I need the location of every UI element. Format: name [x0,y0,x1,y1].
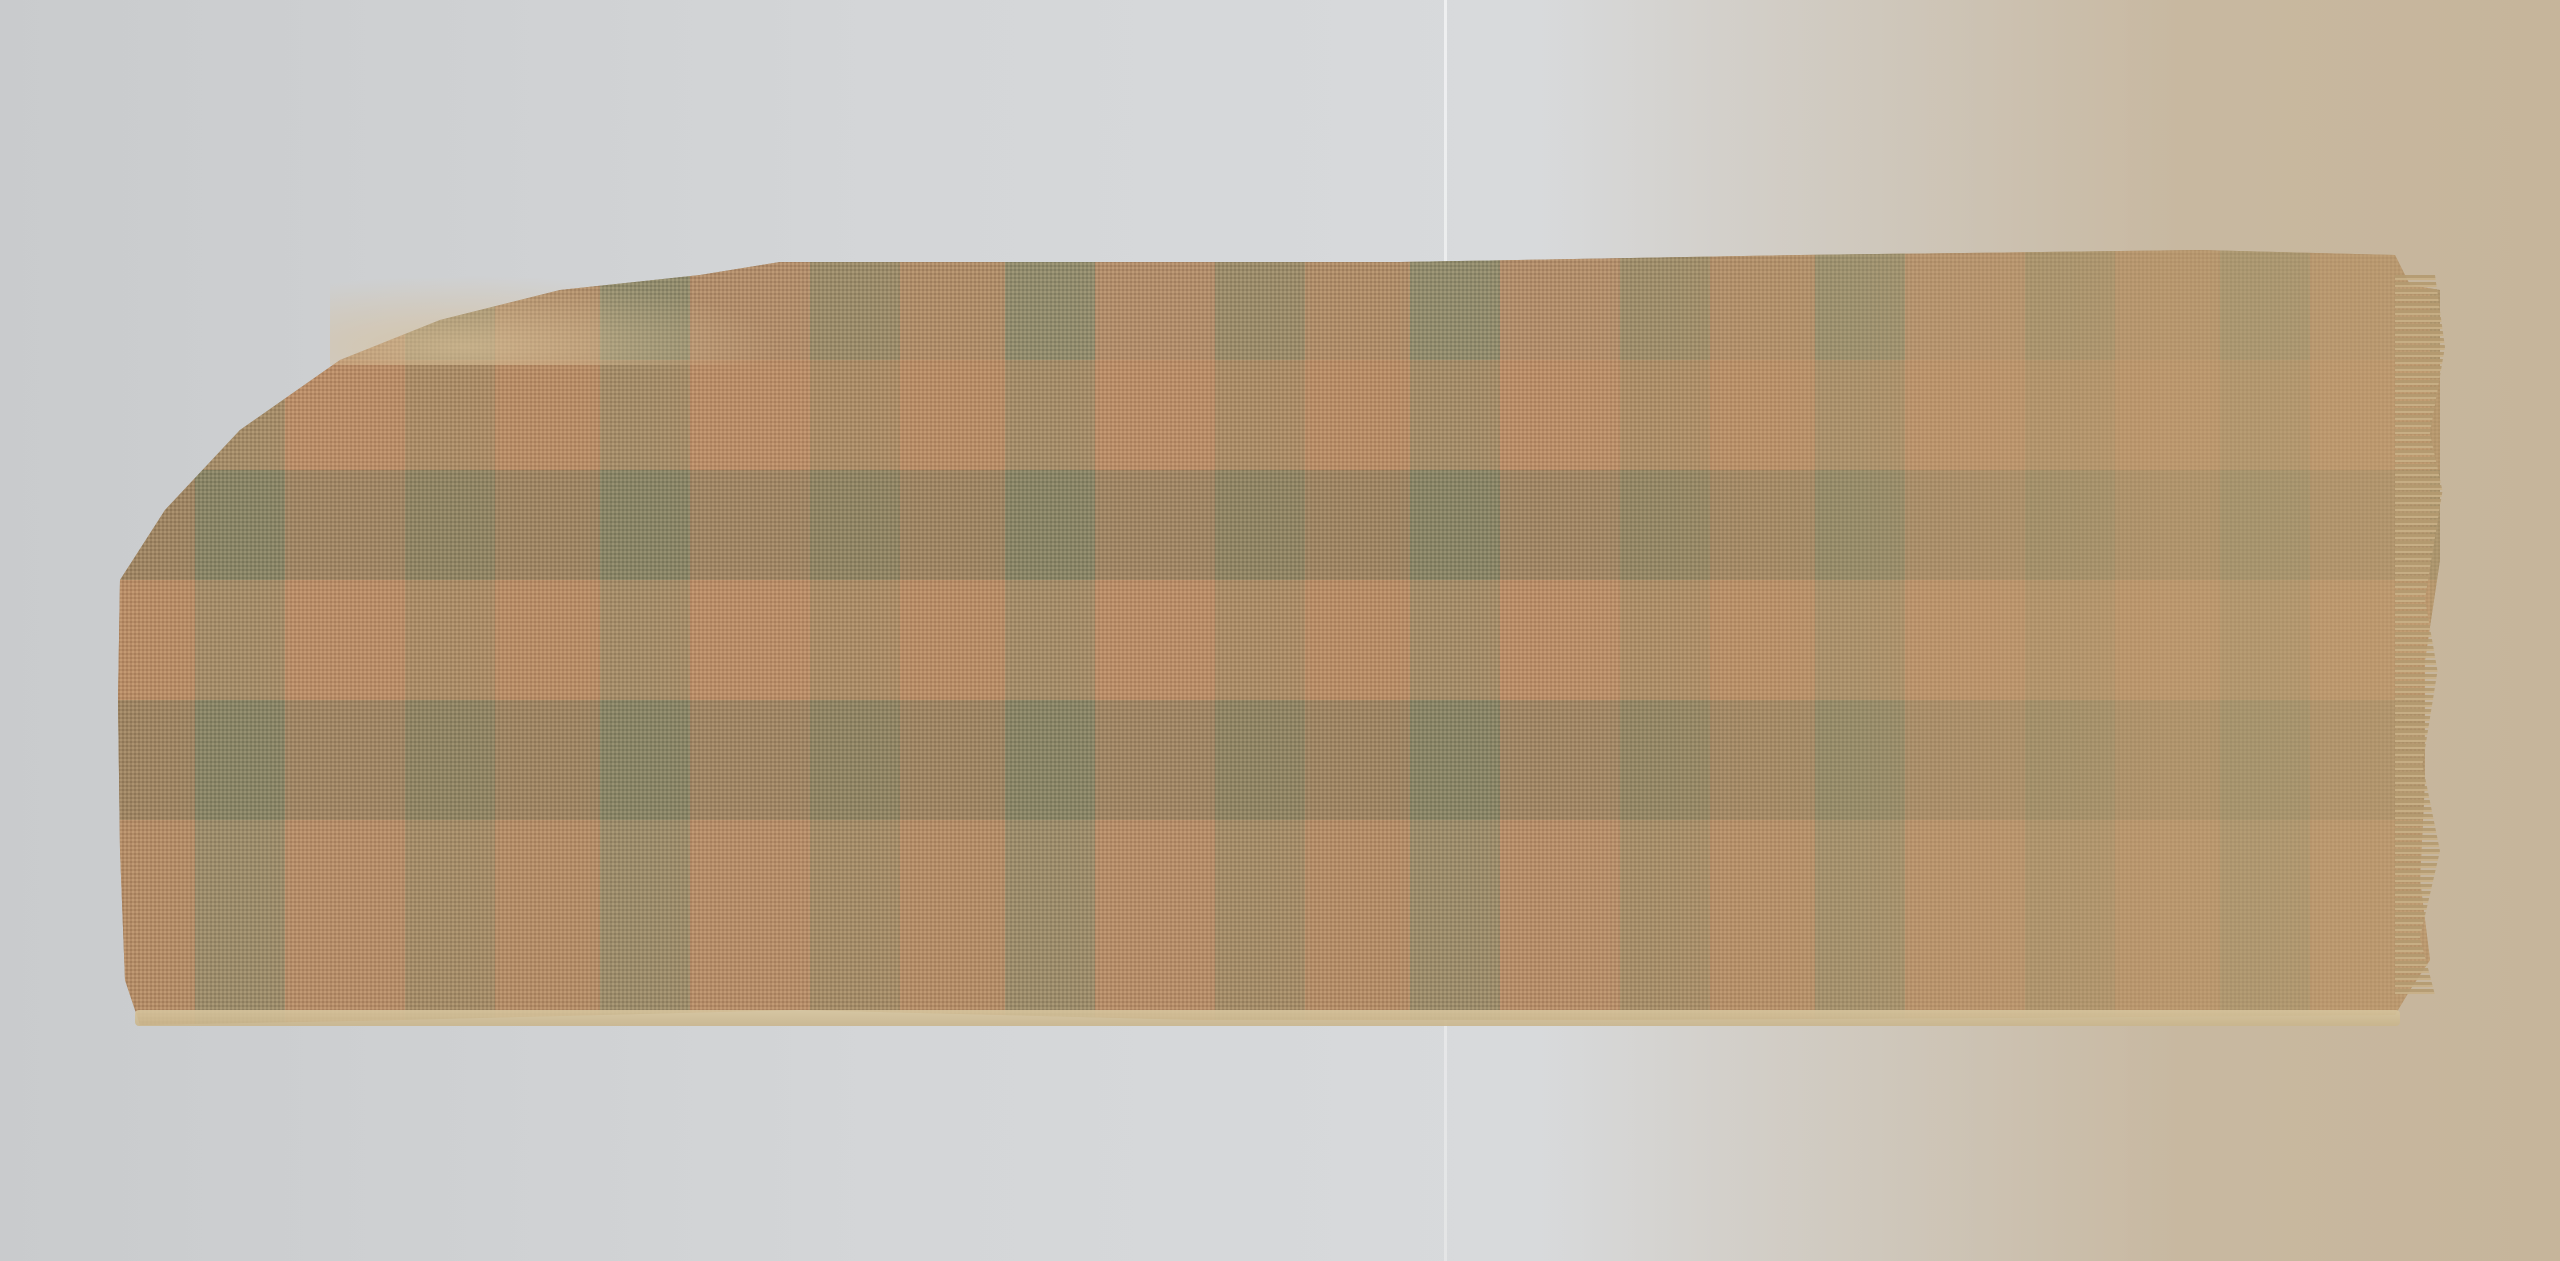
textile-frayed-edge [330,275,780,365]
textile-selvedge [135,1010,2400,1026]
